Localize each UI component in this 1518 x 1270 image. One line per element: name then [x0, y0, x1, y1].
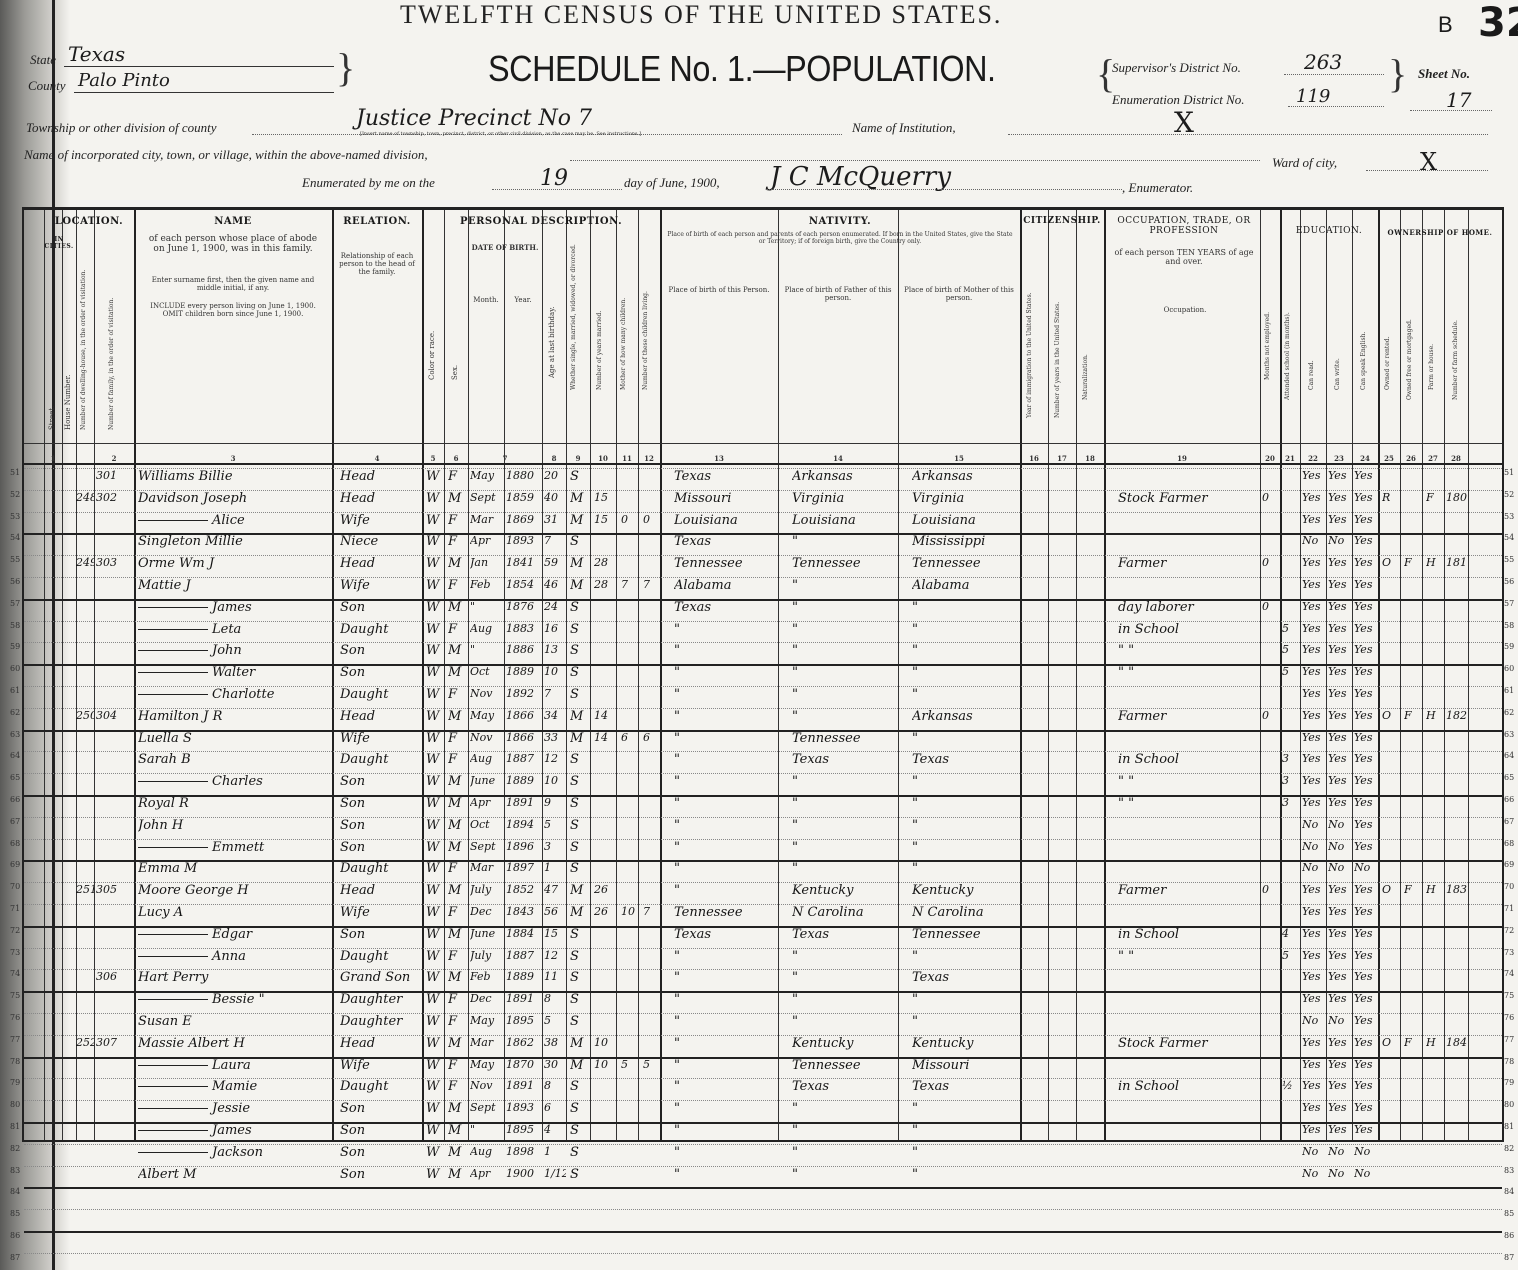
birthplace-father: " — [792, 600, 898, 615]
enumerated-prefix: Enumerated by me on the — [302, 175, 435, 191]
mother-of: 0 — [621, 513, 638, 526]
relation: Son — [340, 818, 422, 833]
table-row: 51 301 Williams Billie Head W F May 1880… — [24, 468, 1502, 488]
sex: F — [448, 1079, 468, 1094]
color: W — [426, 578, 444, 593]
birth-month: Apr — [470, 796, 504, 809]
ditto-dash — [138, 847, 208, 848]
ditto-dash — [138, 781, 208, 782]
age: 8 — [544, 1079, 566, 1092]
birthplace-father: N Carolina — [792, 905, 898, 920]
can-speak-english: Yes — [1354, 1079, 1378, 1092]
person-name: John H — [138, 818, 332, 833]
birth-year: 1896 — [506, 840, 542, 853]
birthplace-father: " — [792, 840, 898, 855]
can-write: Yes — [1328, 1079, 1352, 1092]
months-unemployed: 0 — [1262, 883, 1280, 896]
age: 9 — [544, 796, 566, 809]
age: 10 — [544, 774, 566, 787]
color: W — [426, 861, 444, 876]
line-number-right: 87 — [1504, 1253, 1514, 1262]
free-mortgaged: F — [1404, 883, 1422, 896]
relation: Head — [340, 469, 422, 484]
line-number-right: 71 — [1504, 904, 1514, 913]
can-speak-english: Yes — [1354, 1014, 1378, 1027]
birth-month: Oct — [470, 665, 504, 678]
age: 3 — [544, 840, 566, 853]
birthplace-mother: " — [912, 796, 1020, 811]
can-read: Yes — [1302, 709, 1326, 722]
birthplace-person: " — [674, 622, 778, 637]
enumerated-day: 19 — [540, 166, 568, 191]
county-value: Palo Pinto — [78, 70, 170, 91]
ditto-dash — [138, 1130, 208, 1131]
person-name: Mattie J — [138, 578, 332, 593]
table-row: 68 Emmett Son W M Sept 1896 3 S " " " No… — [24, 839, 1502, 859]
table-row: 73 Anna Daught W F July 1887 12 S " " " … — [24, 948, 1502, 968]
birthplace-mother: " — [912, 643, 1020, 658]
table-row: 84 84 — [24, 1187, 1502, 1207]
birthplace-mother: " — [912, 992, 1020, 1007]
can-speak-english: Yes — [1354, 709, 1378, 722]
birth-month: Oct — [470, 818, 504, 831]
can-read: Yes — [1302, 1036, 1326, 1049]
relation: Daught — [340, 687, 422, 702]
birth-month: Sept — [470, 1101, 504, 1114]
color: W — [426, 513, 444, 528]
color: W — [426, 752, 444, 767]
birth-month: Dec — [470, 905, 504, 918]
header-color: Color or race. — [428, 270, 436, 380]
birthplace-father: " — [792, 861, 898, 876]
line-number-right: 57 — [1504, 599, 1514, 608]
color: W — [426, 1079, 444, 1094]
dwelling-number: 248 — [76, 491, 94, 504]
color: W — [426, 1101, 444, 1116]
header-family-number: Number of family, in the order of visita… — [108, 230, 115, 430]
line-number-right: 79 — [1504, 1078, 1514, 1087]
birth-month: Nov — [470, 1079, 504, 1092]
relation: Wife — [340, 578, 422, 593]
color: W — [426, 469, 444, 484]
ditto-dash — [138, 999, 208, 1000]
marital-status: M — [570, 556, 590, 571]
age: 20 — [544, 469, 566, 482]
can-read: Yes — [1302, 1101, 1326, 1114]
birth-year: 1841 — [506, 556, 542, 569]
table-row: 86 86 — [24, 1231, 1502, 1251]
occupation: in School — [1118, 752, 1260, 767]
years-married: 26 — [594, 905, 616, 918]
can-read: Yes — [1302, 970, 1326, 983]
person-name: Anna — [138, 949, 332, 964]
school-months: 5 — [1282, 643, 1300, 656]
birthplace-father: Tennessee — [792, 731, 898, 746]
birth-year: 1891 — [506, 1079, 542, 1092]
can-read: Yes — [1302, 927, 1326, 940]
farm-house: H — [1426, 883, 1444, 896]
person-name: Luella S — [138, 731, 332, 746]
marital-status: S — [570, 949, 590, 964]
color: W — [426, 1036, 444, 1051]
age: 38 — [544, 1036, 566, 1049]
can-read: No — [1302, 840, 1326, 853]
line-number-left: 55 — [10, 555, 20, 564]
relation: Son — [340, 796, 422, 811]
can-write: Yes — [1328, 970, 1352, 983]
person-name: James — [138, 1123, 332, 1138]
header-naturalization: Naturalization. — [1082, 270, 1089, 400]
line-number-left: 52 — [10, 490, 20, 499]
school-months: 3 — [1282, 752, 1300, 765]
relation: Wife — [340, 1058, 422, 1073]
birthplace-person: " — [674, 949, 778, 964]
table-row: 57 James Son W M " 1876 24 S Texas " " d… — [24, 599, 1502, 619]
color: W — [426, 1014, 444, 1029]
birth-month: Dec — [470, 992, 504, 1005]
birthplace-mother: " — [912, 1101, 1020, 1116]
schedule-title: SCHEDULE No. 1.—POPULATION. — [488, 48, 996, 90]
line-number-left: 57 — [10, 599, 20, 608]
state-label: State — [30, 52, 56, 68]
birthplace-person: " — [674, 752, 778, 767]
birthplace-mother: " — [912, 1167, 1020, 1182]
line-number-right: 73 — [1504, 948, 1514, 957]
marital-status: M — [570, 578, 590, 593]
birthplace-person: " — [674, 840, 778, 855]
line-number-right: 64 — [1504, 751, 1514, 760]
can-speak-english: Yes — [1354, 840, 1378, 853]
header-house-number: House Number. — [64, 290, 72, 430]
header-location: LOCATION. — [44, 216, 134, 227]
birth-month: Mar — [470, 861, 504, 874]
header-owned-rented: Owned or rented. — [1384, 270, 1391, 390]
enumerated-suffix: day of June, 1900, — [624, 175, 720, 191]
line-number-left: 83 — [10, 1166, 20, 1175]
birth-month: July — [470, 949, 504, 962]
table-row: 71 Lucy A Wife W F Dec 1843 56 M 26 10 7… — [24, 904, 1502, 924]
line-number-left: 80 — [10, 1100, 20, 1109]
table-row: 72 Edgar Son W M June 1884 15 S Texas Te… — [24, 926, 1502, 946]
age: 7 — [544, 687, 566, 700]
birthplace-mother: " — [912, 1145, 1020, 1160]
line-number-right: 63 — [1504, 730, 1514, 739]
line-number-left: 73 — [10, 948, 20, 957]
marital-status: S — [570, 840, 590, 855]
can-write: Yes — [1328, 949, 1352, 962]
farm-house: H — [1426, 1036, 1444, 1049]
ward-value: X — [1420, 148, 1437, 176]
relation: Wife — [340, 905, 422, 920]
line-number-right: 70 — [1504, 882, 1514, 891]
table-row: 77 252 307 Massie Albert H Head W M Mar … — [24, 1035, 1502, 1055]
dwelling-number: 252 — [76, 1036, 94, 1049]
can-speak-english: No — [1354, 1167, 1378, 1180]
line-number-left: 84 — [10, 1187, 20, 1196]
sex: M — [448, 970, 468, 985]
birthplace-mother: " — [912, 949, 1020, 964]
person-name: John — [138, 643, 332, 658]
age: 34 — [544, 709, 566, 722]
can-write: Yes — [1328, 927, 1352, 940]
birthplace-person: " — [674, 687, 778, 702]
can-speak-english: Yes — [1354, 992, 1378, 1005]
occupation: Farmer — [1118, 883, 1260, 898]
ditto-dash — [138, 956, 208, 957]
can-read: Yes — [1302, 774, 1326, 787]
marital-status: S — [570, 665, 590, 680]
birth-month: July — [470, 883, 504, 896]
can-write: Yes — [1328, 1058, 1352, 1071]
header-free-mortgaged: Owned free or mortgaged. — [1406, 250, 1413, 400]
color: W — [426, 687, 444, 702]
relation: Daught — [340, 949, 422, 964]
header-can-read: Can read. — [1308, 300, 1315, 390]
sex: M — [448, 600, 468, 615]
header-age: Age at last birthday. — [548, 238, 556, 378]
birth-month: " — [470, 643, 504, 656]
birth-month: June — [470, 774, 504, 787]
age: 6 — [544, 1101, 566, 1114]
birthplace-father: " — [792, 1014, 898, 1029]
color: W — [426, 905, 444, 920]
dwelling-number: 249 — [76, 556, 94, 569]
free-mortgaged: F — [1404, 1036, 1422, 1049]
owned-rented: O — [1382, 1036, 1400, 1049]
can-write: Yes — [1328, 665, 1352, 678]
ditto-dash — [138, 1065, 208, 1066]
can-read: Yes — [1302, 992, 1326, 1005]
state-value: Texas — [68, 42, 125, 66]
can-write: Yes — [1328, 796, 1352, 809]
header-name-sub1: of each person whose place of abode on J… — [142, 234, 324, 255]
header-ownership: OWNERSHIP OF HOME. — [1378, 228, 1502, 237]
table-row: 75 Bessie " Daughter W F Dec 1891 8 S " … — [24, 991, 1502, 1011]
line-number-right: 86 — [1504, 1231, 1514, 1240]
line-number-right: 51 — [1504, 468, 1514, 477]
birthplace-mother: Kentucky — [912, 883, 1020, 898]
family-number: 305 — [96, 883, 134, 896]
sex: F — [448, 1014, 468, 1029]
birth-month: Apr — [470, 1167, 504, 1180]
age: 24 — [544, 600, 566, 613]
birthplace-person: Texas — [674, 534, 778, 549]
sex: F — [448, 622, 468, 637]
table-row: 87 87 — [24, 1253, 1502, 1270]
institution-line — [1008, 134, 1488, 135]
can-write: Yes — [1328, 600, 1352, 613]
farm-schedule-number: 184 — [1446, 1036, 1468, 1049]
county-label: County — [28, 78, 66, 94]
family-number: 302 — [96, 491, 134, 504]
table-row: 78 Laura Wife W F May 1870 30 M 10 5 5 "… — [24, 1057, 1502, 1077]
mother-of: 7 — [621, 578, 638, 591]
supervisor-value: 263 — [1304, 50, 1342, 74]
free-mortgaged: F — [1404, 556, 1422, 569]
line-number-right: 76 — [1504, 1013, 1514, 1022]
birth-year: 1887 — [506, 752, 542, 765]
line-number-left: 60 — [10, 664, 20, 673]
marital-status: S — [570, 1145, 590, 1160]
relation: Son — [340, 665, 422, 680]
birthplace-mother: " — [912, 1014, 1020, 1029]
dwelling-number: 250 — [76, 709, 94, 722]
marital-status: M — [570, 905, 590, 920]
line-number-right: 84 — [1504, 1187, 1514, 1196]
line-number-right: 69 — [1504, 860, 1514, 869]
table-row: 85 85 — [24, 1209, 1502, 1229]
birthplace-person: " — [674, 1167, 778, 1182]
line-number-right: 60 — [1504, 664, 1514, 673]
birthplace-person: " — [674, 731, 778, 746]
person-name: Hart Perry — [138, 970, 332, 985]
header-month: Month. — [468, 296, 504, 304]
birthplace-mother: " — [912, 840, 1020, 855]
can-speak-english: Yes — [1354, 1036, 1378, 1049]
line-number-left: 51 — [10, 468, 20, 477]
sex: M — [448, 1123, 468, 1138]
sex: F — [448, 513, 468, 528]
table-row: 82 Jackson Son W M Aug 1898 1 S " " " No… — [24, 1144, 1502, 1164]
can-write: Yes — [1328, 883, 1352, 896]
can-speak-english: Yes — [1354, 883, 1378, 896]
birthplace-person: " — [674, 818, 778, 833]
marital-status: S — [570, 534, 590, 549]
person-name: Susan E — [138, 1014, 332, 1029]
birthplace-person: Louisiana — [674, 513, 778, 528]
line-number-left: 70 — [10, 882, 20, 891]
occupation: in School — [1118, 927, 1260, 942]
occupation: " " — [1118, 643, 1260, 658]
birthplace-mother: Alabama — [912, 578, 1020, 593]
relation: Son — [340, 1101, 422, 1116]
line-number-left: 82 — [10, 1144, 20, 1153]
can-write: Yes — [1328, 643, 1352, 656]
color: W — [426, 1123, 444, 1138]
marital-status: S — [570, 469, 590, 484]
person-name: Singleton Millie — [138, 534, 332, 549]
birth-month: Mar — [470, 513, 504, 526]
age: 1/12 — [544, 1167, 566, 1180]
ditto-dash — [138, 650, 208, 651]
birthplace-father: " — [792, 665, 898, 680]
birthplace-person: " — [674, 861, 778, 876]
line-number-left: 87 — [10, 1253, 20, 1262]
birth-year: 1892 — [506, 687, 542, 700]
marital-status: S — [570, 687, 590, 702]
age: 30 — [544, 1058, 566, 1071]
person-name: James — [138, 600, 332, 615]
birthplace-father: Kentucky — [792, 883, 898, 898]
birthplace-mother: Arkansas — [912, 469, 1020, 484]
person-name: Davidson Joseph — [138, 491, 332, 506]
birthplace-mother: N Carolina — [912, 905, 1020, 920]
ditto-dash — [138, 672, 208, 673]
header-farm-house: Farm or house. — [1428, 280, 1435, 390]
birthplace-person: " — [674, 1036, 778, 1051]
header-can-speak-english: Can speak English. — [1360, 270, 1367, 390]
header-occupation-sub: of each person TEN YEARS of age and over… — [1114, 248, 1254, 266]
marital-status: S — [570, 970, 590, 985]
can-write: Yes — [1328, 1101, 1352, 1114]
farm-schedule-number: 183 — [1446, 883, 1468, 896]
header-marital: Whether single, married, widowed, or div… — [570, 230, 577, 390]
birthplace-father: " — [792, 643, 898, 658]
relation: Son — [340, 1145, 422, 1160]
header-personal: PERSONAL DESCRIPTION. — [422, 216, 660, 227]
can-read: Yes — [1302, 1079, 1326, 1092]
sex: M — [448, 1167, 468, 1182]
occupation: " " — [1118, 949, 1260, 964]
relation: Son — [340, 774, 422, 789]
birth-year: 1897 — [506, 861, 542, 874]
can-read: Yes — [1302, 665, 1326, 678]
farm-schedule-number: 181 — [1446, 556, 1468, 569]
marital-status: M — [570, 513, 590, 528]
can-read: Yes — [1302, 905, 1326, 918]
table-row: 69 Emma M Daught W F Mar 1897 1 S " " " … — [24, 860, 1502, 880]
line-number-left: 81 — [10, 1122, 20, 1131]
birthplace-father: " — [792, 970, 898, 985]
sex: M — [448, 665, 468, 680]
relation: Daughter — [340, 992, 422, 1007]
birth-month: Apr — [470, 534, 504, 547]
birthplace-person: " — [674, 796, 778, 811]
birthplace-father: " — [792, 992, 898, 1007]
age: 16 — [544, 622, 566, 635]
ditto-dash — [138, 629, 208, 630]
birthplace-person: " — [674, 1058, 778, 1073]
can-speak-english: Yes — [1354, 905, 1378, 918]
marital-status: S — [570, 1014, 590, 1029]
line-number-left: 61 — [10, 686, 20, 695]
sex: F — [448, 1058, 468, 1073]
supervisor-label: Supervisor's District No. — [1112, 60, 1241, 76]
can-write: Yes — [1328, 992, 1352, 1005]
can-speak-english: Yes — [1354, 643, 1378, 656]
can-write: Yes — [1328, 709, 1352, 722]
table-row: 81 James Son W M " 1895 4 S " " " Yes Ye… — [24, 1122, 1502, 1142]
line-number-right: 85 — [1504, 1209, 1514, 1218]
line-number-left: 75 — [10, 991, 20, 1000]
birthplace-father: " — [792, 1101, 898, 1116]
birthplace-father: " — [792, 578, 898, 593]
farm-schedule-number: 180 — [1446, 491, 1468, 504]
birthplace-person: " — [674, 1079, 778, 1094]
table-row: 63 Luella S Wife W F Nov 1866 33 M 14 6 … — [24, 730, 1502, 750]
can-read: Yes — [1302, 643, 1326, 656]
age: 5 — [544, 1014, 566, 1027]
line-number-right: 72 — [1504, 926, 1514, 935]
dwelling-number: 251 — [76, 883, 94, 896]
color: W — [426, 970, 444, 985]
can-read: No — [1302, 534, 1326, 547]
marital-status: S — [570, 774, 590, 789]
birthplace-father: Arkansas — [792, 469, 898, 484]
township-note: [Insert name of township, town, precinct… — [360, 131, 641, 137]
birth-year: 1876 — [506, 600, 542, 613]
birth-month: Jan — [470, 556, 504, 569]
owned-rented: R — [1382, 491, 1400, 504]
birthplace-mother: Arkansas — [912, 709, 1020, 724]
header-nativity-sub: Place of birth of each person and parent… — [666, 232, 1014, 246]
table-row: 54 Singleton Millie Niece W F Apr 1893 7… — [24, 533, 1502, 553]
can-write: Yes — [1328, 687, 1352, 700]
birth-month: Sept — [470, 491, 504, 504]
years-married: 26 — [594, 883, 616, 896]
header-pob-person: Place of birth of this Person. — [664, 286, 774, 294]
can-read: Yes — [1302, 556, 1326, 569]
